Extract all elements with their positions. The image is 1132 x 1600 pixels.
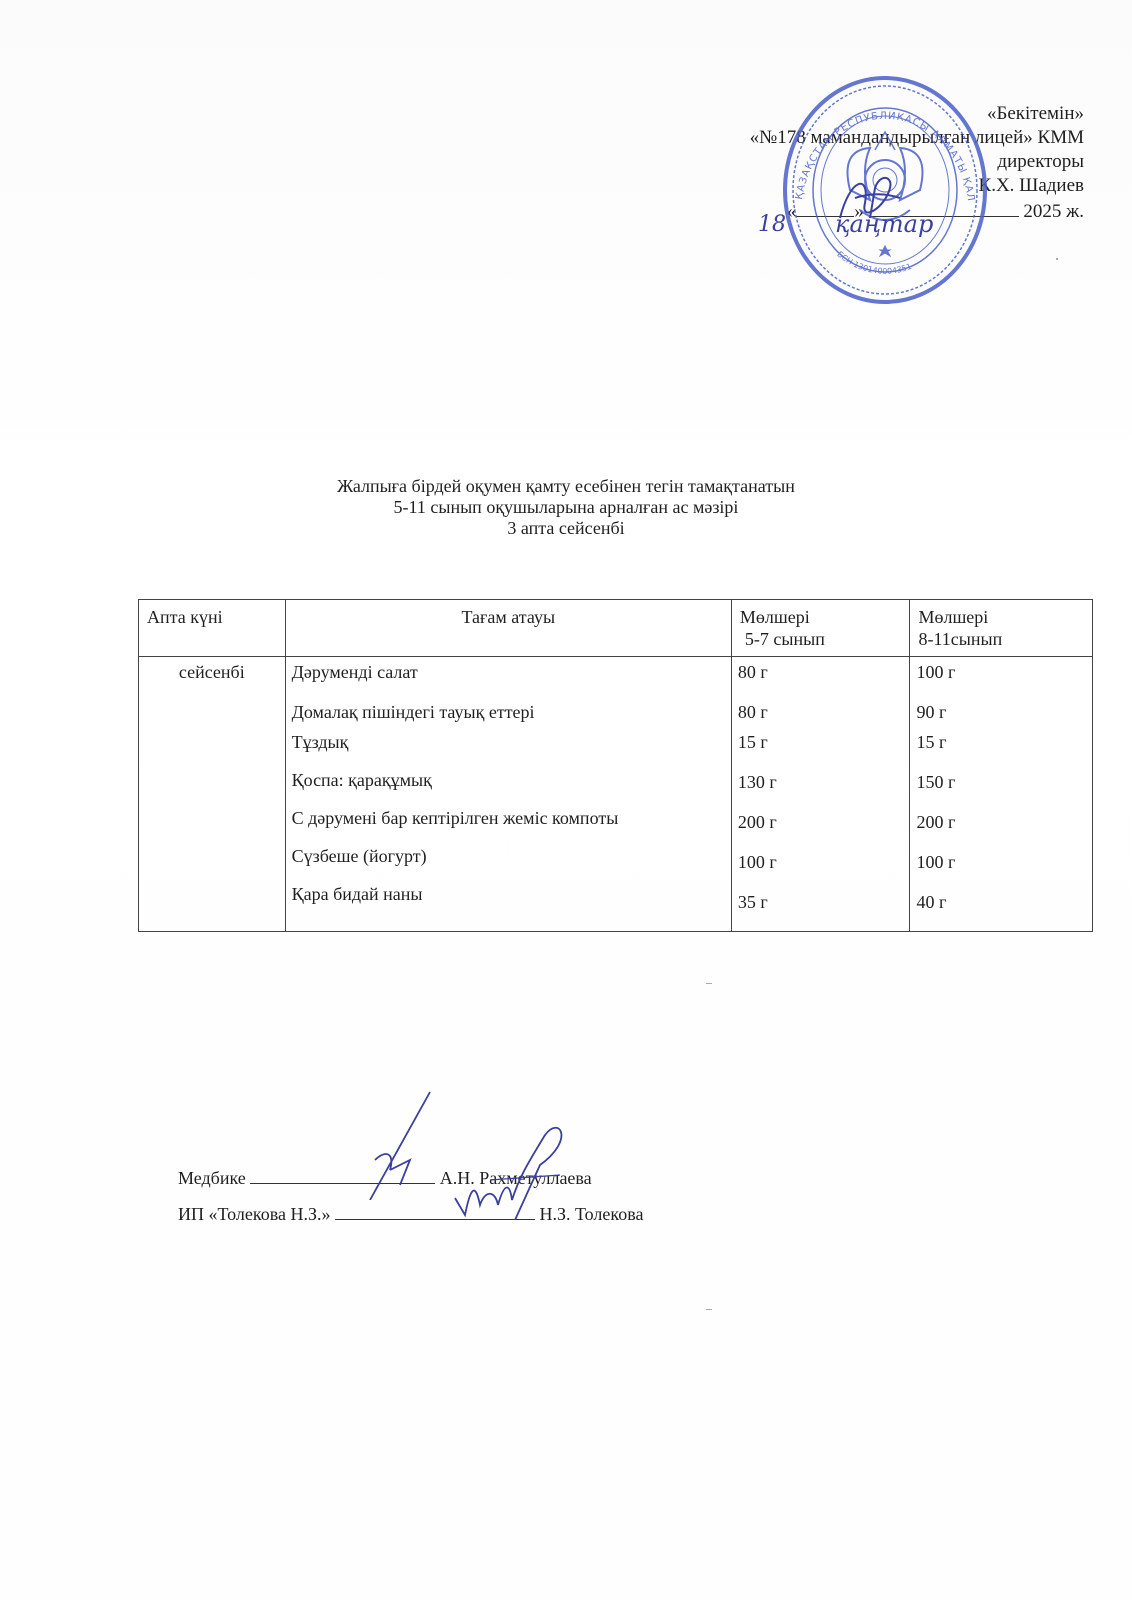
title-line-3: 3 апта сейсенбі: [0, 518, 1132, 539]
header-day: Апта күні: [139, 600, 286, 657]
quantity-value: 150 г: [916, 771, 1086, 793]
stamp-bin: БСН 130140004351: [835, 250, 912, 276]
quantity-value: 200 г: [738, 811, 904, 833]
header-qty-5-7: Мөлшері 5-7 сынып: [731, 600, 910, 657]
scan-artifact: [706, 1309, 712, 1310]
title-line-1: Жалпыға бірдей оқумен қамту есебінен тег…: [0, 476, 1132, 497]
quantity-value: 90 г: [916, 701, 1086, 723]
date-month-blank: [869, 198, 1019, 217]
ip-name: Н.З. Толекова: [539, 1204, 643, 1224]
header-qty-8-11: Мөлшері 8-11сынып: [910, 600, 1093, 657]
signatures-block: Медбике А.Н. Рахметуллаева ИП «Толекова …: [178, 1166, 643, 1238]
quantity-value: 100 г: [916, 851, 1086, 873]
date-day-blank: [796, 198, 854, 217]
nurse-name: А.Н. Рахметуллаева: [440, 1168, 592, 1188]
approval-organization: «№178 мамандандырылған лицей» КММ: [750, 126, 1084, 150]
header-dish: Тағам атауы: [285, 600, 731, 657]
ip-signature-blank: [335, 1202, 535, 1220]
nurse-signature-blank: [250, 1166, 435, 1184]
nurse-signature-line: Медбике А.Н. Рахметуллаева: [178, 1166, 643, 1190]
dish-name: Сүзбеше (йогурт): [292, 845, 725, 867]
dish-name: С дәрумені бар кептірілген жеміс компоты: [292, 807, 725, 829]
quantity-value: 15 г: [916, 731, 1086, 753]
approval-block: «Бекітемін» «№178 мамандандырылған лицей…: [750, 102, 1084, 224]
svg-text:БСН 130140004351: БСН 130140004351: [835, 250, 912, 276]
date-year: 2025 ж.: [1023, 201, 1084, 222]
menu-table: Апта күні Тағам атауы Мөлшері 5-7 сынып …: [138, 599, 1093, 932]
quantity-value: 40 г: [916, 891, 1086, 913]
quantity-value: 80 г: [738, 661, 904, 683]
nurse-label: Медбике: [178, 1168, 246, 1188]
scan-artifact: [706, 983, 712, 984]
table-header-row: Апта күні Тағам атауы Мөлшері 5-7 сынып …: [139, 600, 1093, 657]
ip-signature-line: ИП «Толекова Н.З.» Н.З. Толекова: [178, 1202, 643, 1226]
quantity-value: 100 г: [738, 851, 904, 873]
document-title: Жалпыға бірдей оқумен қамту есебінен тег…: [0, 476, 1132, 539]
qty-5-7-cell: 80 г80 г15 г130 г200 г100 г35 г: [731, 657, 910, 932]
quantity-value: 130 г: [738, 771, 904, 793]
qty-8-11-cell: 100 г90 г15 г150 г200 г100 г40 г: [910, 657, 1093, 932]
approval-position: директоры: [750, 150, 1084, 174]
quantity-value: 100 г: [916, 661, 1086, 683]
dish-name: Домалақ пішіндегі тауық еттері: [292, 701, 725, 723]
quantity-value: 80 г: [738, 701, 904, 723]
scan-artifact: [1056, 258, 1058, 260]
approval-heading: «Бекітемін»: [750, 102, 1084, 126]
dish-name: Дәруменді салат: [292, 661, 725, 683]
quantity-value: 200 г: [916, 811, 1086, 833]
dish-name: Тұздық: [292, 731, 725, 753]
dish-cell: Дәруменді салатДомалақ пішіндегі тауық е…: [285, 657, 731, 932]
day-cell: сейсенбі: [139, 657, 286, 932]
document-page: ҚАЗАҚСТАН РЕСПУБЛИКАСЫ АЛМАТЫ ҚАЛАСЫ БІЛ…: [0, 0, 1132, 1600]
ip-label: ИП «Толекова Н.З.»: [178, 1204, 330, 1224]
dish-name: Қара бидай наны: [292, 883, 725, 905]
quantity-value: 15 г: [738, 731, 904, 753]
approval-name: К.Х. Шадиев: [750, 174, 1084, 198]
approval-date: «» 2025 ж.: [750, 198, 1084, 224]
title-line-2: 5-11 сынып оқушыларына арналған ас мәзір…: [0, 497, 1132, 518]
table-row: сейсенбі Дәруменді салатДомалақ пішіндег…: [139, 657, 1093, 932]
dish-name: Қоспа: қарақұмық: [292, 769, 725, 791]
quantity-value: 35 г: [738, 891, 904, 913]
